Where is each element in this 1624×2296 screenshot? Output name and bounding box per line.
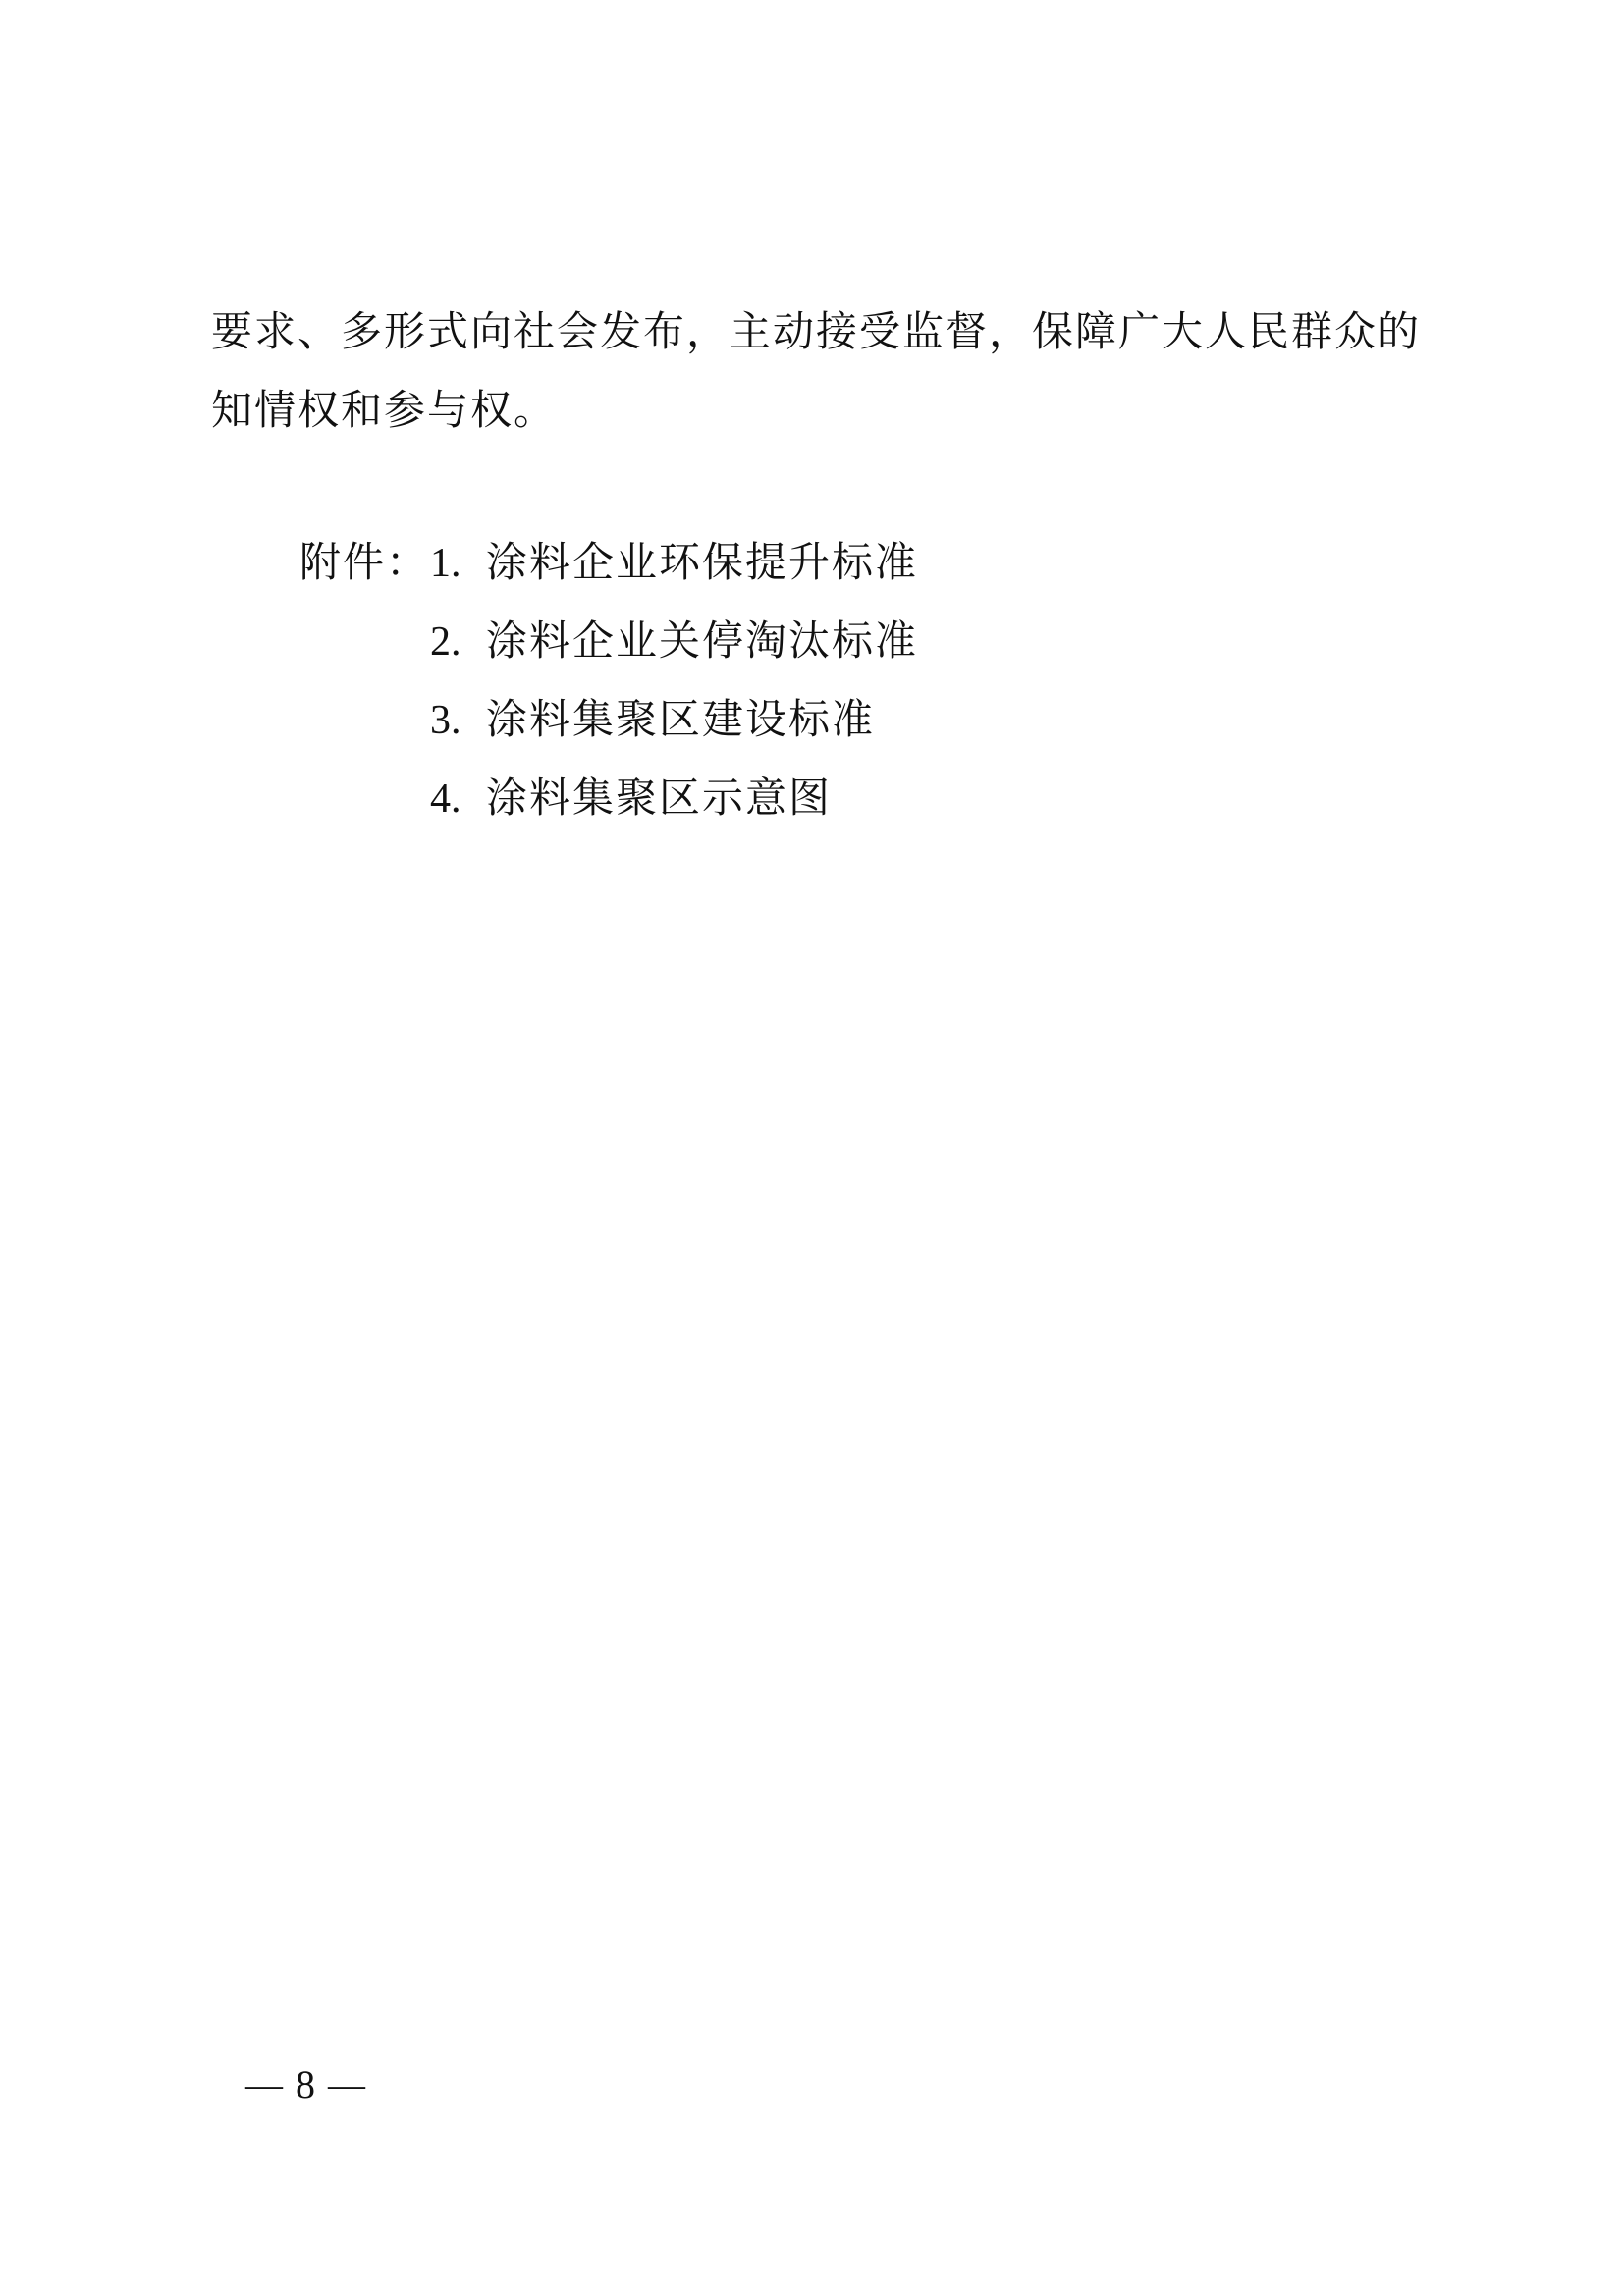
attachment-title: 涂料企业关停淘汰标准 bbox=[486, 619, 918, 665]
attachment-title: 涂料企业环保提升标准 bbox=[486, 541, 918, 586]
body-line-1: 要求、多形式向社会发布，主动接受监督，保障广大人民群众的 bbox=[211, 294, 1448, 372]
attachment-number: 3. bbox=[430, 681, 486, 760]
attachments-block: 附件： 1.涂料企业环保提升标准 2.涂料企业关停淘汰标准 3.涂料集聚区建设标… bbox=[299, 524, 918, 838]
page-footer: — 8 — bbox=[245, 2061, 365, 2109]
attachment-title: 涂料集聚区建设标准 bbox=[486, 698, 875, 743]
footer-left-dash: — bbox=[245, 2061, 283, 2109]
document-page: 要求、多形式向社会发布，主动接受监督，保障广大人民群众的 知情权和参与权。 附件… bbox=[0, 0, 1624, 2296]
page-number: 8 bbox=[296, 2061, 315, 2109]
attachment-title: 涂料集聚区示意图 bbox=[486, 776, 832, 822]
attachment-item: 3.涂料集聚区建设标准 bbox=[430, 681, 918, 760]
attachment-item: 2.涂料企业关停淘汰标准 bbox=[430, 603, 918, 681]
attachment-number: 4. bbox=[430, 760, 486, 838]
body-line-2: 知情权和参与权。 bbox=[211, 372, 1448, 451]
footer-right-dash: — bbox=[328, 2061, 365, 2109]
attachment-number: 2. bbox=[430, 603, 486, 681]
attachment-number: 1. bbox=[430, 524, 486, 603]
body-paragraph: 要求、多形式向社会发布，主动接受监督，保障广大人民群众的 知情权和参与权。 bbox=[211, 294, 1448, 451]
attachment-item: 4.涂料集聚区示意图 bbox=[430, 760, 918, 838]
attachment-item: 1.涂料企业环保提升标准 bbox=[430, 524, 918, 603]
attachments-list: 1.涂料企业环保提升标准 2.涂料企业关停淘汰标准 3.涂料集聚区建设标准 4.… bbox=[430, 524, 918, 838]
attachments-label: 附件： bbox=[299, 524, 430, 603]
